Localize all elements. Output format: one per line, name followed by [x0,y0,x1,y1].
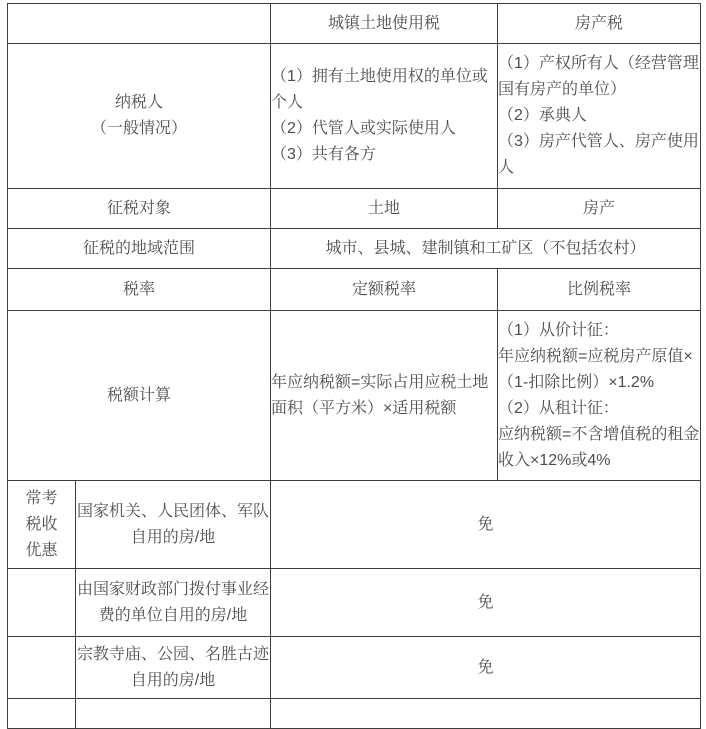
cutoff-cell-2 [76,699,271,710]
row-tax-rate: 税率 定额税率 比例税率 [8,269,701,311]
row-taxpayer: 纳税人 （一般情况） （1）拥有土地使用权的单位或个人 （2）代管人或实际使用人… [8,44,701,189]
exemption-group-spacer-3 [8,637,76,699]
exemption-row-3: 宗教寺庙、公园、名胜古迹自用的房/地 免 [8,637,701,699]
row-tax-calculation: 税额计算 年应纳税额=实际占用应税土地面积（平方米）×适用税额 （1）从价计征：… [8,311,701,481]
row-tax-region: 征税的地域范围 城市、县城、建制镇和工矿区（不包括农村） [8,229,701,269]
tax-calculation-property-cell: （1）从价计征： 年应纳税额=应税房产原值×（1-扣除比例）×1.2% （2）从… [498,311,701,481]
tax-object-label: 征税对象 [8,189,271,229]
header-cell-property-tax: 房产税 [498,4,701,44]
tax-region-merged-cell: 城市、县城、建制镇和工矿区（不包括农村） [271,229,701,269]
cutoff-cell-1 [8,699,76,710]
tax-calculation-land-cell: 年应纳税额=实际占用应税土地面积（平方米）×适用税额 [271,311,498,481]
exemption-case-2: 由国家财政部门拨付事业经费的单位自用的房/地 [76,569,271,637]
exemption-case-3: 宗教寺庙、公园、名胜古迹自用的房/地 [76,637,271,699]
exemption-row-1: 常考 税收 优惠 国家机关、人民团体、军队自用的房/地 免 [8,481,701,569]
exemption-result-2: 免 [271,569,701,637]
header-cell-land-tax: 城镇土地使用税 [271,4,498,44]
exemption-case-1: 国家机关、人民团体、军队自用的房/地 [76,481,271,569]
taxpayer-property-cell: （1）产权所有人（经营管理国有房产的单位） （2）承典人 （3）房产代管人、房产… [498,44,701,189]
tax-rate-land-cell: 定额税率 [271,269,498,311]
tax-comparison-table: 城镇土地使用税 房产税 纳税人 （一般情况） （1）拥有土地使用权的单位或个人 … [7,3,701,709]
taxpayer-label: 纳税人 （一般情况） [8,44,271,189]
exemption-result-3: 免 [271,637,701,699]
tax-calculation-label: 税额计算 [8,311,271,481]
tax-rate-label: 税率 [8,269,271,311]
exemption-result-1: 免 [271,481,701,569]
tax-object-property-cell: 房产 [498,189,701,229]
cutoff-row [8,699,701,710]
header-row: 城镇土地使用税 房产税 [8,4,701,44]
taxpayer-land-cell: （1）拥有土地使用权的单位或个人 （2）代管人或实际使用人 （3）共有各方 [271,44,498,189]
row-tax-object: 征税对象 土地 房产 [8,189,701,229]
header-cell-corner [8,4,271,44]
exemption-group-spacer-2 [8,569,76,637]
tax-region-label: 征税的地域范围 [8,229,271,269]
exemption-group-label: 常考 税收 优惠 [8,481,76,569]
cutoff-cell-3 [271,699,701,710]
exemption-row-2: 由国家财政部门拨付事业经费的单位自用的房/地 免 [8,569,701,637]
tax-object-land-cell: 土地 [271,189,498,229]
tax-rate-property-cell: 比例税率 [498,269,701,311]
